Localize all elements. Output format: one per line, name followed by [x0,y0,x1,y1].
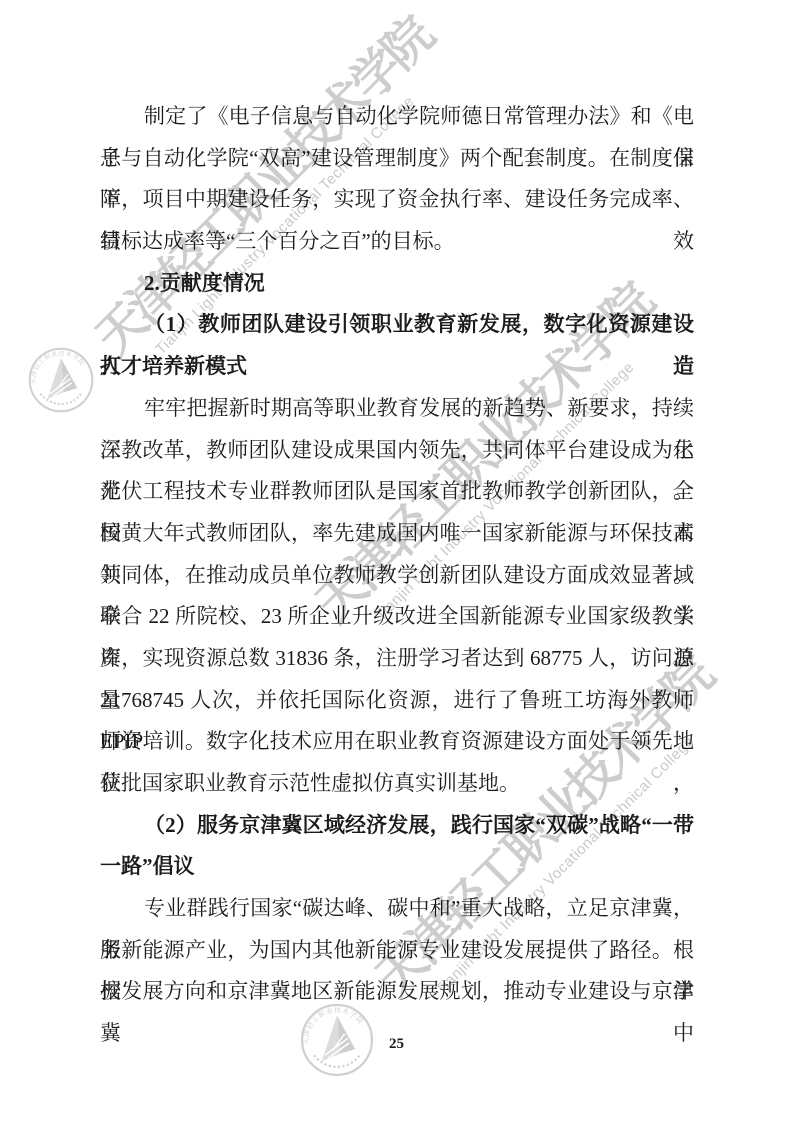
subsection-heading: （1）教师团队建设引领职业教育新发展，数字化资源建设打造 [100,304,694,346]
text-line: 校黄大年式教师团队，率先建成国内唯一国家新能源与环保技术领域 [100,513,694,555]
text-line: 牢牢把握新时期高等职业教育发展的新趋势、新要求，持续深化 [100,388,694,430]
page-number: 25 [0,1036,793,1053]
text-line: 息与自动化学院“双高”建设管理制度》两个配套制度。在制度保障 [100,138,694,180]
subsection-heading: （2）服务京津冀区域经济发展，践行国家“双碳”战略“一带 [100,805,694,847]
text-line: 制定了《电子信息与自动化学院师德日常管理办法》和《电子信 [100,96,694,138]
text-line: 21768745 人次，并依托国际化资源，进行了鲁班工坊海外教师 EPIP [100,680,694,722]
text-line: 专业群践行国家“碳达峰、碳中和”重大战略，立足京津冀，服 [100,888,694,930]
school-seal-icon: 天津轻工职业技术学院 [27,346,95,414]
text-line: 师资培训。数字化技术应用在职业教育资源建设方面处于领先地位， [100,721,694,763]
text-line: 库，实现资源总数 31836 条，注册学习者达到 68775 人，访问总量 [100,638,694,680]
document-page: 天津轻工职业技术学院 Tianjin Light Industry Vocati… [0,0,793,1122]
text-line: 下，项目中期建设任务，实现了资金执行率、建设任务完成率、绩效 [100,179,694,221]
text-line: 校发展方向和京津冀地区新能源发展规划，推动专业建设与京津冀中 [100,971,694,1013]
text-line: 务新能源产业，为国内其他新能源专业建设发展提供了路径。根据学 [100,930,694,972]
document-body: 制定了《电子信息与自动化学院师德日常管理办法》和《电子信 息与自动化学院“双高”… [100,96,694,1013]
subsection-heading: 一路”倡议 [100,846,694,888]
text-line: 三教改革，教师团队建设成果国内领先，共同体平台建设成为示范。 [100,430,694,472]
text-line: 光伏工程技术专业群教师团队是国家首批教师教学创新团队，全国高 [100,471,694,513]
section-heading: 2.贡献度情况 [100,263,694,305]
text-line: 共同体，在推动成员单位教师教学创新团队建设方面成效显著。牵头 [100,555,694,597]
text-line: 联合 22 所院校、23 所企业升级改进全国新能源专业国家级教学资源 [100,596,694,638]
